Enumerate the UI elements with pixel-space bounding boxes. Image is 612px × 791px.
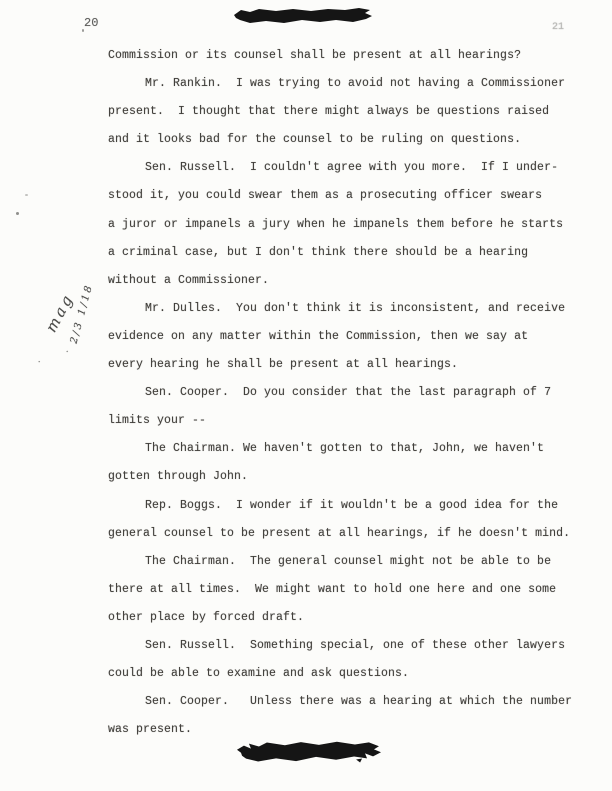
transcript-line: Mr. Rankin. I was trying to avoid not ha…: [108, 70, 586, 98]
page-number-right: 21: [552, 22, 564, 33]
handwritten-dots: . .: [36, 341, 81, 366]
transcript-line: was present.: [108, 716, 586, 744]
transcript-body: Commission or its counsel shall be prese…: [108, 42, 586, 744]
transcript-line: there at all times. We might want to hol…: [108, 576, 586, 604]
transcript-line: and it looks bad for the counsel to be r…: [108, 126, 586, 154]
scanned-transcript-page: 20 21 Commission or its counsel shall be…: [0, 0, 612, 791]
transcript-line: Commission or its counsel shall be prese…: [108, 42, 586, 70]
transcript-line: stood it, you could swear them as a pros…: [108, 182, 586, 210]
transcript-line: a criminal case, but I don't think there…: [108, 239, 586, 267]
transcript-line: a juror or impanels a jury when he impan…: [108, 211, 586, 239]
transcript-line: Sen. Cooper. Do you consider that the la…: [108, 379, 586, 407]
transcript-line: without a Commissioner.: [108, 267, 586, 295]
transcript-line: limits your --: [108, 407, 586, 435]
transcript-line: general counsel to be present at all hea…: [108, 520, 586, 548]
transcript-line: evidence on any matter within the Commis…: [108, 323, 586, 351]
page-number-left: 20: [84, 16, 98, 30]
transcript-line: gotten through John.: [108, 463, 586, 491]
handwritten-date: 2/3 1/18: [69, 282, 96, 344]
transcript-line: Rep. Boggs. I wonder if it wouldn't be a…: [108, 492, 586, 520]
transcript-line: Sen. Russell. I couldn't agree with you …: [108, 154, 586, 182]
scan-speck: [82, 29, 84, 32]
scan-speck: [25, 194, 28, 196]
transcript-line: Mr. Dulles. You don't think it is incons…: [108, 295, 586, 323]
transcript-line: could be able to examine and ask questio…: [108, 660, 586, 688]
redaction-bar-top-icon: [232, 5, 373, 26]
transcript-line: Sen. Cooper. Unless there was a hearing …: [108, 688, 586, 716]
transcript-line: present. I thought that there might alwa…: [108, 98, 586, 126]
scan-speck: [16, 212, 19, 215]
transcript-line: The Chairman. The general counsel might …: [108, 548, 586, 576]
transcript-line: other place by forced draft.: [108, 604, 586, 632]
transcript-line: The Chairman. We haven't gotten to that,…: [108, 435, 586, 463]
transcript-line: every hearing he shall be present at all…: [108, 351, 586, 379]
transcript-line: Sen. Russell. Something special, one of …: [108, 632, 586, 660]
